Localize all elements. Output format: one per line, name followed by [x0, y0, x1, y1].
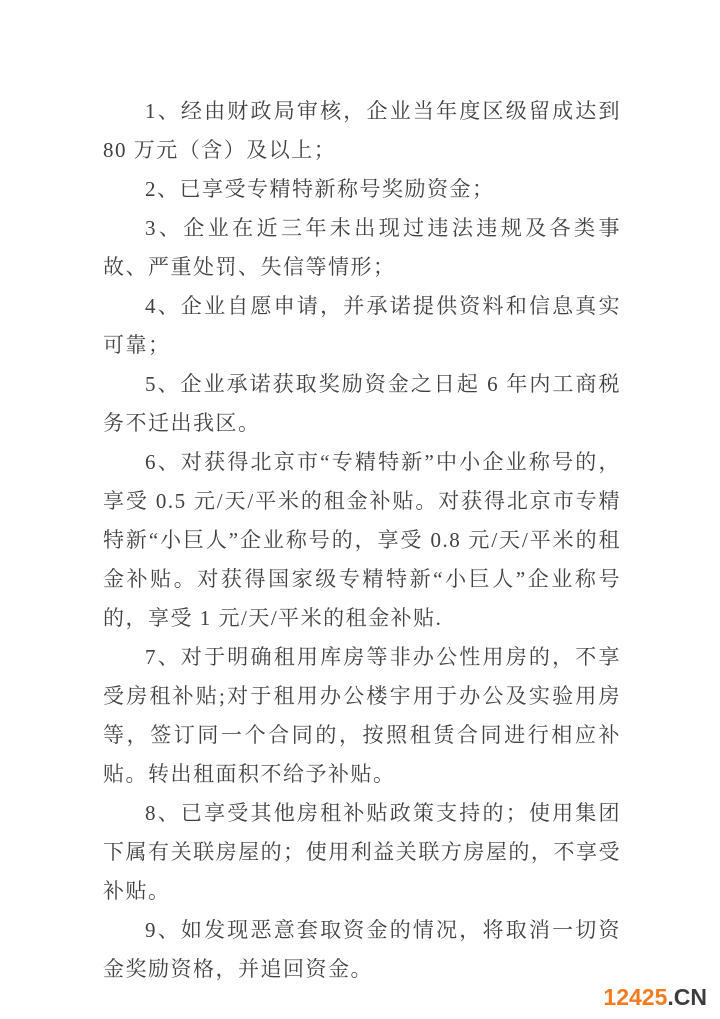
clause-item-3: 3、企业在近三年未出现过违法违规及各类事故、严重处罚、失信等情形；: [103, 209, 621, 287]
clause-item-5: 5、企业承诺获取奖励资金之日起 6 年内工商税务不迁出我区。: [103, 365, 621, 443]
clause-item-4: 4、企业自愿申请，并承诺提供资料和信息真实可靠；: [103, 287, 621, 365]
clause-item-9: 9、如发现恶意套取资金的情况，将取消一切资金奖励资格，并追回资金。: [103, 911, 621, 989]
clause-list: 1、经由财政局审核，企业当年度区级留成达到 80 万元（含）及以上； 2、已享受…: [103, 92, 621, 989]
clause-item-7: 7、对于明确租用库房等非办公性用房的，不享受房租补贴;对于租用办公楼宇用于办公及…: [103, 638, 621, 794]
site-watermark-name: 12425: [603, 984, 667, 1010]
clause-item-2: 2、已享受专精特新称号奖励资金；: [103, 170, 621, 209]
clause-item-6: 6、对获得北京市“专精特新”中小企业称号的，享受 0.5 元/天/平米的租金补贴…: [103, 443, 621, 638]
clause-item-8: 8、已享受其他房租补贴政策支持的；使用集团下属有关联房屋的；使用利益关联方房屋的…: [103, 794, 621, 911]
clause-item-1: 1、经由财政局审核，企业当年度区级留成达到 80 万元（含）及以上；: [103, 92, 621, 170]
site-watermark-tld: .CN: [667, 984, 707, 1010]
site-watermark-link[interactable]: 12425.CN: [603, 986, 707, 1009]
document-page: 1、经由财政局审核，企业当年度区级留成达到 80 万元（含）及以上； 2、已享受…: [0, 0, 720, 1019]
